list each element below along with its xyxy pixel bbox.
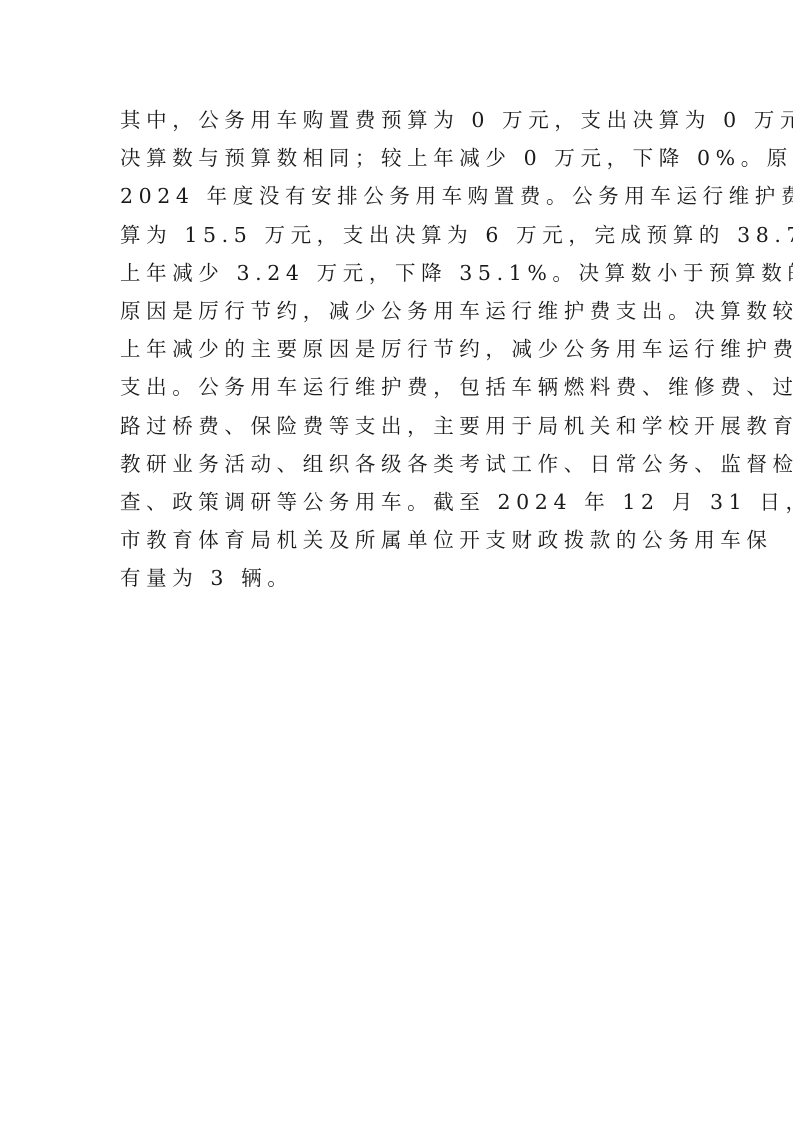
paragraph-line: 上年减少 3.24 万元，下降 35.1%。决算数小于预算数的主要: [120, 254, 690, 292]
paragraph-line: 市教育体育局机关及所属单位开支财政拨款的公务用车保: [120, 521, 690, 559]
paragraph-line: 支出。公务用车运行维护费，包括车辆燃料费、维修费、过: [120, 368, 690, 406]
document-page: 其中，公务用车购置费预算为 0 万元，支出决算为 0 万元， 决算数与预算数相同…: [0, 0, 793, 1122]
paragraph-line: 有量为 3 辆。: [120, 559, 690, 597]
paragraph-line: 原因是厉行节约，减少公务用车运行维护费支出。决算数较: [120, 292, 690, 330]
paragraph-line: 算为 15.5 万元，支出决算为 6 万元，完成预算的 38.7%；较: [120, 216, 690, 254]
paragraph-line: 2024 年度没有安排公务用车购置费。公务用车运行维护费预: [120, 177, 690, 215]
paragraph-line: 路过桥费、保险费等支出，主要用于局机关和学校开展教育: [120, 407, 690, 445]
paragraph-line: 上年减少的主要原因是厉行节约，减少公务用车运行维护费: [120, 330, 690, 368]
paragraph-line: 查、政策调研等公务用车。截至 2024 年 12 月 31 日，六安: [120, 483, 690, 521]
paragraph-line: 其中，公务用车购置费预算为 0 万元，支出决算为 0 万元，: [120, 101, 690, 139]
body-paragraph: 其中，公务用车购置费预算为 0 万元，支出决算为 0 万元， 决算数与预算数相同…: [120, 101, 690, 597]
paragraph-line: 教研业务活动、组织各级各类考试工作、日常公务、监督检: [120, 445, 690, 483]
paragraph-line: 决算数与预算数相同；较上年减少 0 万元，下降 0%。原因是: [120, 139, 690, 177]
